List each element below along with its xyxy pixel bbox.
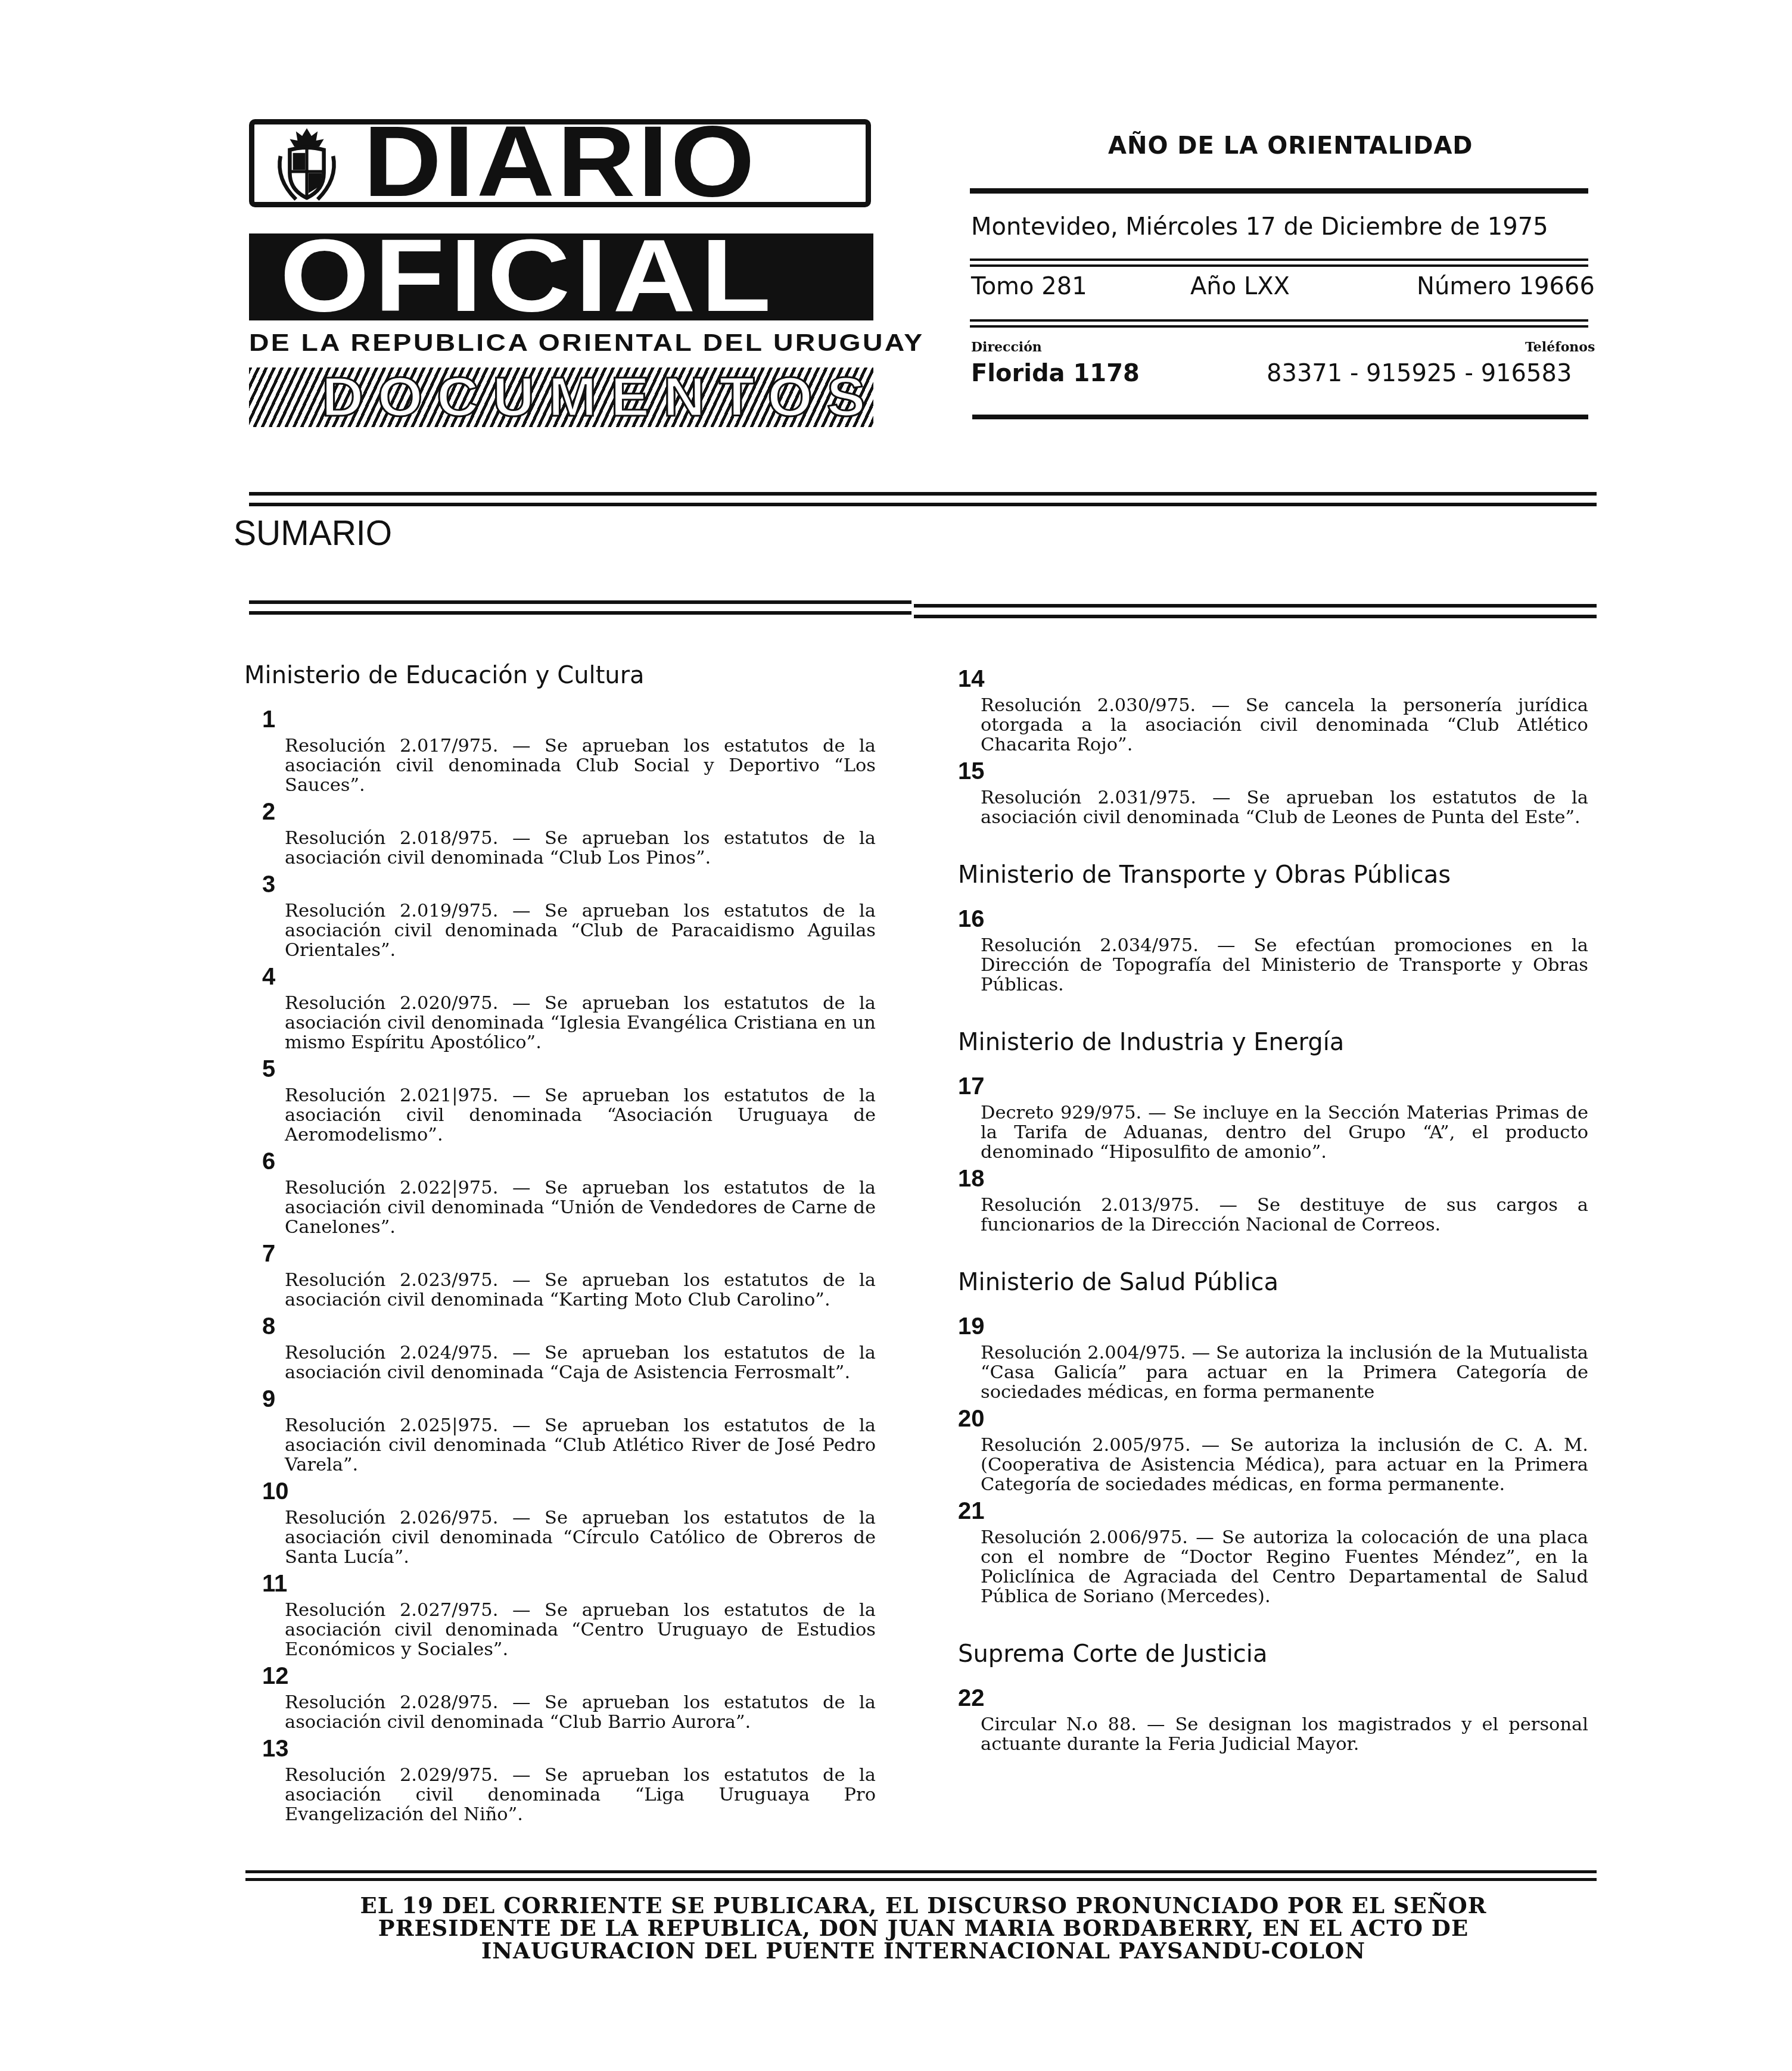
summary-entry[interactable]: 9Resolución 2.025|975. — Se aprueban los… [244, 1386, 876, 1475]
entry-text: Resolución 2.029/975. — Se aprueban los … [285, 1765, 876, 1824]
summary-entry[interactable]: 8Resolución 2.024/975. — Se aprueban los… [244, 1313, 876, 1382]
summary-entry[interactable]: 12Resolución 2.028/975. — Se aprueban lo… [244, 1663, 876, 1732]
ministry-heading: Ministerio de Transporte y Obras Pública… [958, 859, 1588, 890]
entry-text: Resolución 2.023/975. — Se aprueban los … [285, 1270, 876, 1310]
sumario-bottom-rule-right [914, 604, 1597, 618]
header-rule [972, 415, 1588, 419]
header-rule [970, 259, 1588, 261]
entry-text: Resolución 2.030/975. — Se cancela la pe… [981, 696, 1588, 755]
entry-number: 9 [262, 1386, 876, 1412]
entry-text: Resolución 2.006/975. — Se autoriza la c… [981, 1528, 1588, 1606]
header-rule [970, 319, 1588, 322]
entry-number: 15 [958, 758, 1588, 784]
entry-text: Resolución 2.024/975. — Se aprueban los … [285, 1343, 876, 1382]
entry-text: Resolución 2.005/975. — Se autoriza la i… [981, 1435, 1588, 1494]
entry-number: 22 [958, 1685, 1588, 1711]
entry-number: 13 [262, 1736, 876, 1762]
direccion-label: Dirección [971, 340, 1042, 355]
summary-entry[interactable]: 18Resolución 2.013/975. — Se destituye d… [958, 1166, 1588, 1235]
entry-text: Resolución 2.022|975. — Se aprueban los … [285, 1178, 876, 1237]
summary-entry[interactable]: 16Resolución 2.034/975. — Se efectúan pr… [958, 906, 1588, 995]
entry-text: Resolución 2.013/975. — Se destituye de … [981, 1195, 1588, 1235]
entry-number: 10 [262, 1478, 876, 1505]
announcement-line: INAUGURACION DEL PUENTE INTERNACIONAL PA… [250, 1939, 1597, 1962]
ministry-heading: Ministerio de Educación y Cultura [244, 660, 876, 691]
summary-entry[interactable]: 3Resolución 2.019/975. — Se aprueban los… [244, 871, 876, 960]
summary-entry[interactable]: 14Resolución 2.030/975. — Se cancela la … [958, 666, 1588, 755]
numero-label: Número 19666 [1417, 273, 1595, 300]
entry-number: 4 [262, 964, 876, 990]
entry-number: 20 [958, 1406, 1588, 1432]
entry-text: Resolución 2.019/975. — Se aprueban los … [285, 901, 876, 960]
masthead-title-diario: DIARIO [363, 117, 757, 206]
ministry-heading: Ministerio de Salud Pública [958, 1267, 1588, 1298]
masthead-subtitle: DE LA REPUBLICA ORIENTAL DEL URUGUAY [249, 329, 925, 357]
summary-entry[interactable]: 4Resolución 2.020/975. — Se aprueban los… [244, 964, 876, 1052]
ministry-heading: Ministerio de Industria y Energía [958, 1027, 1588, 1058]
year-motto: AÑO DE LA ORIENTALIDAD [1108, 132, 1473, 160]
entry-text: Resolución 2.027/975. — Se aprueban los … [285, 1600, 876, 1659]
summary-entry[interactable]: 6Resolución 2.022|975. — Se aprueban los… [244, 1148, 876, 1237]
sumario-top-rule [249, 492, 1597, 506]
entry-number: 3 [262, 871, 876, 898]
summary-entry[interactable]: 15Resolución 2.031/975. — Se aprueban lo… [958, 758, 1588, 827]
coat-of-arms-icon [268, 125, 346, 203]
header-rule [970, 325, 1588, 328]
section-banner-label: DOCUMENTOS [322, 372, 879, 423]
summary-entry[interactable]: 19Resolución 2.004/975. — Se autoriza la… [958, 1313, 1588, 1402]
date-line: Montevideo, Miércoles 17 de Diciembre de… [971, 213, 1548, 241]
ministry-heading: Suprema Corte de Justicia [958, 1639, 1588, 1670]
sumario-bottom-rule-left [249, 600, 911, 615]
entry-number: 8 [262, 1313, 876, 1340]
entry-number: 12 [262, 1663, 876, 1689]
header-rule [970, 264, 1588, 267]
header-rule [970, 188, 1588, 194]
announcement-line: EL 19 DEL CORRIENTE SE PUBLICARA, EL DIS… [250, 1894, 1597, 1917]
entry-text: Resolución 2.031/975. — Se aprueban los … [981, 788, 1588, 827]
sumario-title: SUMARIO [234, 512, 392, 553]
summary-column-left: Ministerio de Educación y Cultura 1Resol… [244, 660, 876, 1828]
telefonos-value: 83371 - 915925 - 916583 [1267, 360, 1572, 387]
direccion-value: Florida 1178 [971, 360, 1140, 387]
summary-entry[interactable]: 5Resolución 2.021|975. — Se aprueban los… [244, 1056, 876, 1145]
entry-text: Resolución 2.017/975. — Se aprueban los … [285, 736, 876, 795]
entry-text: Resolución 2.025|975. — Se aprueban los … [285, 1416, 876, 1475]
summary-entry[interactable]: 2Resolución 2.018/975. — Se aprueban los… [244, 799, 876, 868]
announcement-line: PRESIDENTE DE LA REPUBLICA, DON JUAN MAR… [250, 1917, 1597, 1939]
summary-column-right: 14Resolución 2.030/975. — Se cancela la … [958, 666, 1588, 1758]
telefonos-label: Teléfonos [1525, 340, 1595, 355]
summary-entry[interactable]: 7Resolución 2.023/975. — Se aprueban los… [244, 1241, 876, 1310]
entry-number: 21 [958, 1498, 1588, 1524]
entry-number: 6 [262, 1148, 876, 1175]
entry-number: 19 [958, 1313, 1588, 1340]
entry-text: Decreto 929/975. — Se incluye en la Secc… [981, 1103, 1588, 1162]
summary-entry[interactable]: 20Resolución 2.005/975. — Se autoriza la… [958, 1406, 1588, 1494]
summary-entry[interactable]: 21Resolución 2.006/975. — Se autoriza la… [958, 1498, 1588, 1606]
tomo-label: Tomo 281 [971, 273, 1087, 300]
entry-text: Resolución 2.018/975. — Se aprueban los … [285, 829, 876, 868]
entry-number: 17 [958, 1073, 1588, 1100]
entry-number: 2 [262, 799, 876, 825]
entry-number: 7 [262, 1241, 876, 1267]
entry-text: Resolución 2.004/975. — Se autoriza la i… [981, 1343, 1588, 1402]
announcement-rule [245, 1870, 1597, 1881]
entry-text: Resolución 2.028/975. — Se aprueban los … [285, 1693, 876, 1732]
entry-number: 5 [262, 1056, 876, 1082]
summary-entry[interactable]: 22Circular N.o 88. — Se designan los mag… [958, 1685, 1588, 1754]
summary-entry[interactable]: 13Resolución 2.029/975. — Se aprueban lo… [244, 1736, 876, 1824]
entry-text: Resolución 2.021|975. — Se aprueban los … [285, 1086, 876, 1145]
entry-number: 14 [958, 666, 1588, 692]
entry-number: 16 [958, 906, 1588, 932]
anio-label: Año LXX [1190, 273, 1290, 300]
summary-entry[interactable]: 17Decreto 929/975. — Se incluye en la Se… [958, 1073, 1588, 1162]
entry-number: 18 [958, 1166, 1588, 1192]
masthead-title-oficial: OFICIAL [280, 225, 776, 326]
summary-entry[interactable]: 11Resolución 2.027/975. — Se aprueban lo… [244, 1571, 876, 1659]
announcement: EL 19 DEL CORRIENTE SE PUBLICARA, EL DIS… [250, 1894, 1597, 1962]
entry-number: 1 [262, 706, 876, 733]
entry-text: Resolución 2.034/975. — Se efectúan prom… [981, 936, 1588, 995]
entry-text: Resolución 2.026/975. — Se aprueban los … [285, 1508, 876, 1567]
entry-number: 11 [262, 1571, 876, 1597]
entry-text: Resolución 2.020/975. — Se aprueban los … [285, 994, 876, 1052]
summary-entry[interactable]: 10Resolución 2.026/975. — Se aprueban lo… [244, 1478, 876, 1567]
entry-text: Circular N.o 88. — Se designan los magis… [981, 1715, 1588, 1754]
summary-entry[interactable]: 1Resolución 2.017/975. — Se aprueban los… [244, 706, 876, 795]
